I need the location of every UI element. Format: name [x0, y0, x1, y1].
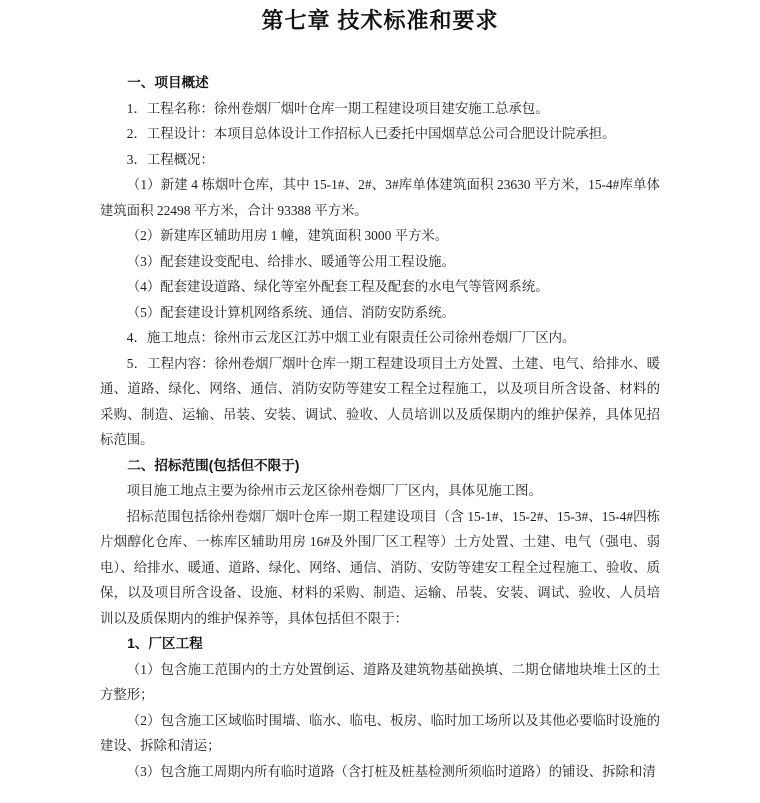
paragraph-plant-item-3: （3）包含施工周期内所有临时道路（含打桩及桩基检测所须临时道路）的铺设、拆除和清 [100, 759, 660, 785]
document-page: { "doc": { "title": "第七章 技术标准和要求" }, "se… [0, 0, 760, 803]
paragraph-profile-item-3: （3）配套建设变配电、给排水、暖通等公用工程设施。 [100, 249, 660, 275]
paragraph-profile-item-4: （4）配套建设道路、绿化等室外配套工程及配套的水电气等管网系统。 [100, 274, 660, 300]
paragraph-project-name: 1．工程名称：徐州卷烟厂烟叶仓库一期工程建设项目建安施工总承包。 [100, 96, 660, 122]
chapter-title: 第七章 技术标准和要求 [0, 6, 760, 36]
paragraph-plant-item-1: （1）包含施工范围内的土方处置倒运、道路及建筑物基础换填、二期仓储地块堆土区的土… [100, 657, 660, 708]
paragraph-plant-item-2: （2）包含施工区域临时围墙、临水、临电、板房、临时加工场所以及其他必要临时设施的… [100, 708, 660, 759]
paragraph-construction-site: 4．施工地点：徐州市云龙区江苏中烟工业有限责任公司徐州卷烟厂厂区内。 [100, 325, 660, 351]
paragraph-project-content: 5．工程内容：徐州卷烟厂烟叶仓库一期工程建设项目土方处置、土建、电气、给排水、暖… [100, 351, 660, 453]
document-body: 一、项目概述 1．工程名称：徐州卷烟厂烟叶仓库一期工程建设项目建安施工总承包。 … [100, 70, 660, 784]
section-heading-bidding-scope: 二、招标范围(包括但不限于) [100, 453, 660, 479]
paragraph-profile-item-1: （1）新建 4 栋烟叶仓库，其中 15-1#、2#、3#库单体建筑面积 2363… [100, 172, 660, 223]
subsection-heading-plant-area-works: 1、厂区工程 [100, 631, 660, 657]
paragraph-project-design: 2．工程设计：本项目总体设计工作招标人已委托中国烟草总公司合肥设计院承担。 [100, 121, 660, 147]
paragraph-scope-description: 招标范围包括徐州卷烟厂烟叶仓库一期工程建设项目（含 15-1#、15-2#、15… [100, 504, 660, 632]
section-heading-project-overview: 一、项目概述 [100, 70, 660, 96]
paragraph-scope-location: 项目施工地点主要为徐州市云龙区徐州卷烟厂厂区内，具体见施工图。 [100, 478, 660, 504]
paragraph-profile-item-2: （2）新建库区辅助用房 1 幢，建筑面积 3000 平方米。 [100, 223, 660, 249]
paragraph-project-profile: 3．工程概况： [100, 147, 660, 173]
paragraph-profile-item-5: （5）配套建设计算机网络系统、通信、消防安防系统。 [100, 300, 660, 326]
